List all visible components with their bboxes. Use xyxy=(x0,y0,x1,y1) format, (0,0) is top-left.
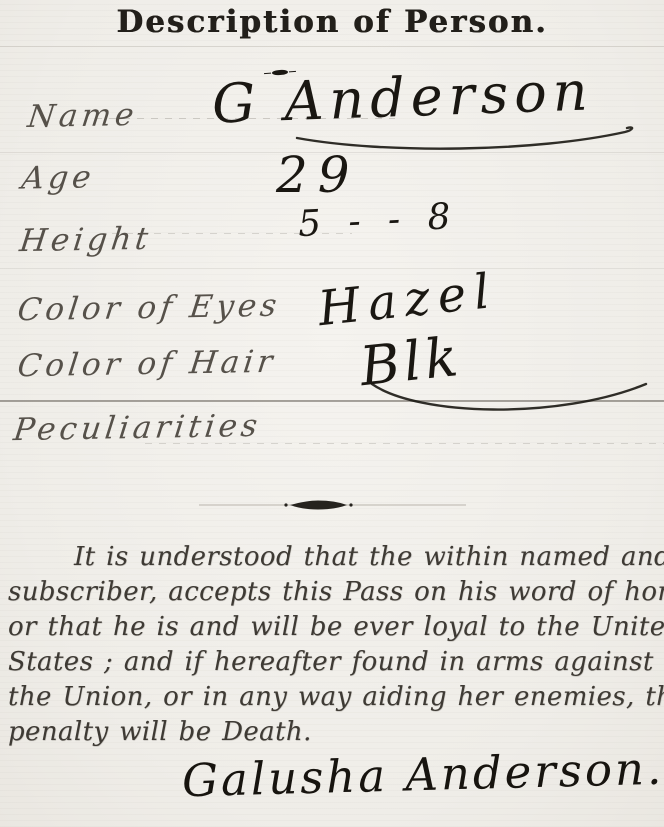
field-label-peculiarities: Peculiarities xyxy=(12,408,264,448)
divider-ornament xyxy=(195,496,470,514)
field-value-height: 5 - - 8 xyxy=(297,196,459,245)
oath-line: or that he is and will be ever loyal to … xyxy=(8,610,658,645)
oath-line: subscriber, accepts this Pass on his wor… xyxy=(8,575,658,610)
oath-line: States ; and if hereafter found in arms … xyxy=(8,645,658,680)
oath-paragraph: It is understood that the within named a… xyxy=(8,540,658,750)
oath-line: It is understood that the within named a… xyxy=(8,540,658,575)
page-title: Description of Person. xyxy=(0,4,664,40)
field-label-age: Age xyxy=(20,159,97,196)
field-label-height: Height xyxy=(18,221,154,259)
scan-line xyxy=(0,46,664,47)
field-value-age: 29 xyxy=(276,146,360,204)
pen-flourish-hair xyxy=(368,378,654,420)
oath-line: the Union, or in any way aiding her enem… xyxy=(8,680,658,715)
scanned-pass-document: Description of Person. Name Age Height C… xyxy=(0,0,664,827)
field-label-color-of-eyes: Color of Eyes xyxy=(15,288,282,329)
scan-line xyxy=(0,268,664,269)
field-value-color-of-eyes: Hazel xyxy=(316,263,500,337)
signature: Galusha Anderson. xyxy=(181,742,664,808)
field-label-name: Name xyxy=(26,97,140,135)
field-label-color-of-hair: Color of Hair xyxy=(15,344,278,384)
